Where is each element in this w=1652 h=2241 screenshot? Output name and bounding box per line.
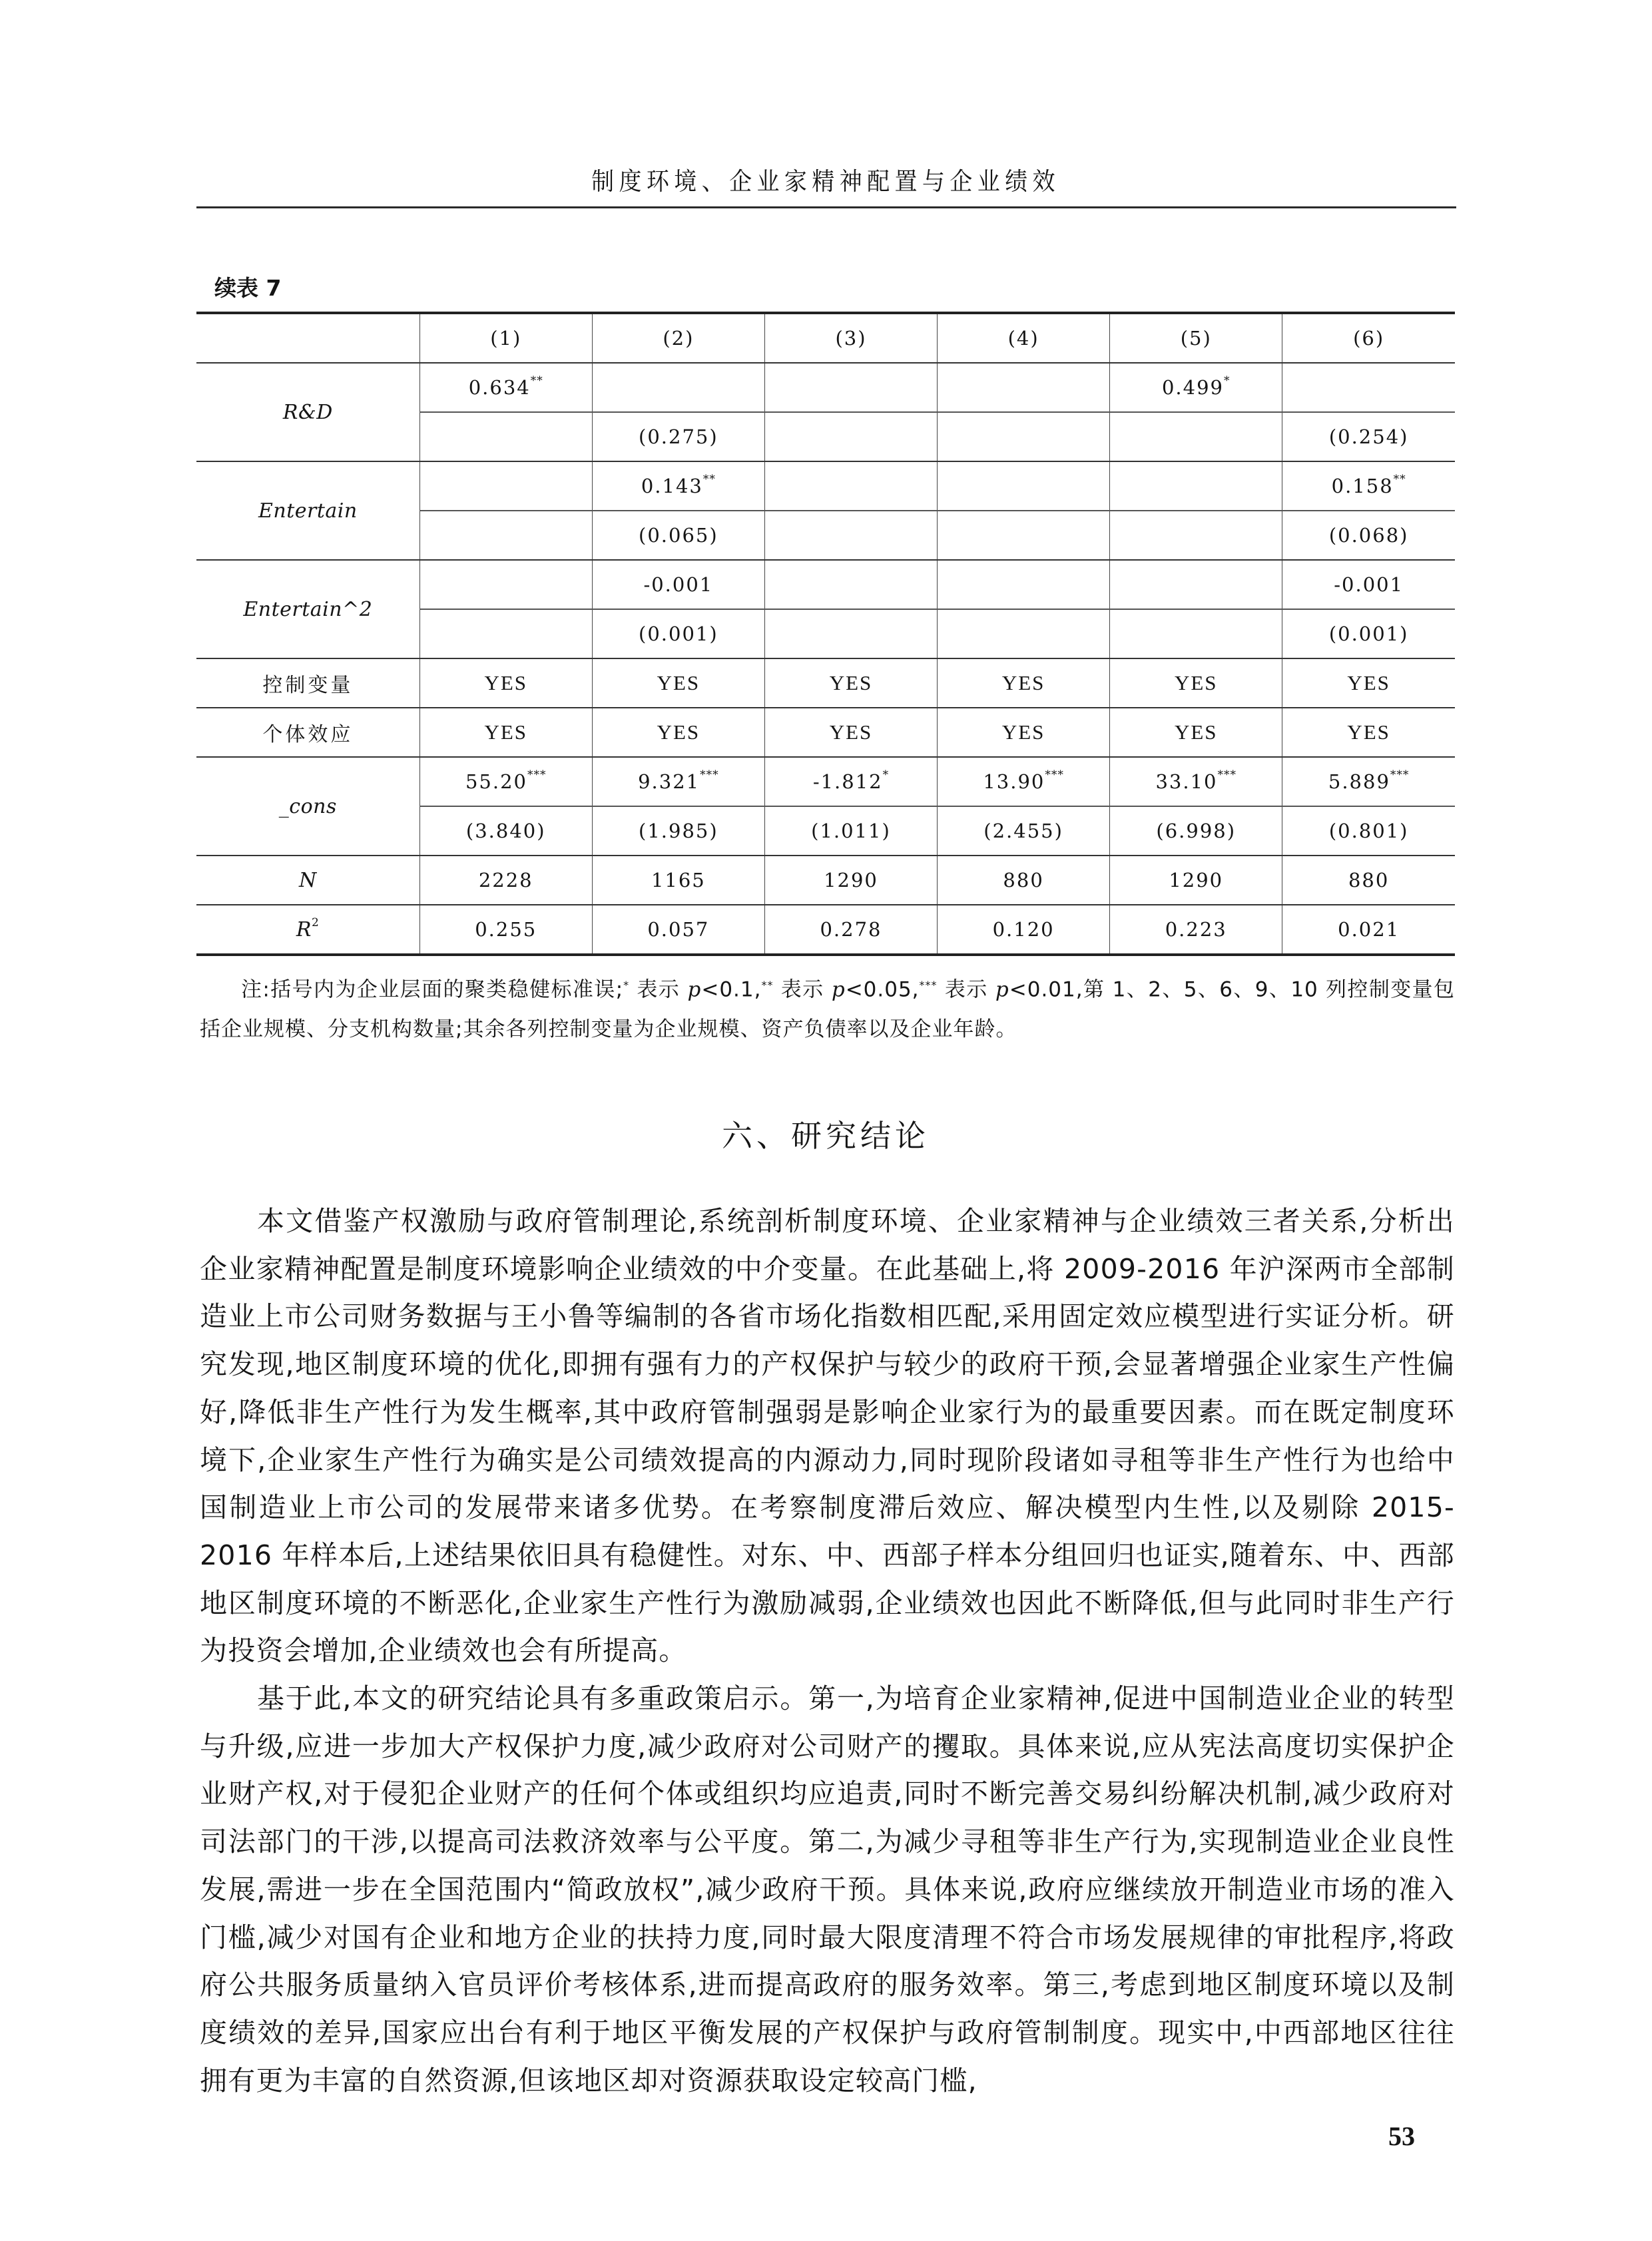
row-label-n: N <box>196 856 419 905</box>
value-cell: 0.120 <box>938 905 1110 955</box>
column-header: (4) <box>938 313 1110 363</box>
coef-cell: 9.321*** <box>592 757 764 806</box>
paragraph: 基于此,本文的研究结论具有多重政策启示。第一,为培育企业家精神,促进中国制造业企… <box>200 1675 1455 2105</box>
row-label-cons: _cons <box>196 757 419 856</box>
value-cell: YES <box>938 658 1110 708</box>
row-label-individual-effects: 个体效应 <box>196 708 419 757</box>
se-cell <box>419 511 592 560</box>
section-heading: 六、研究结论 <box>196 1116 1455 1156</box>
table-caption: 续表 7 <box>214 273 281 304</box>
coef-cell <box>1110 461 1282 511</box>
coef-cell: 33.10*** <box>1110 757 1282 806</box>
coef-cell: 0.634** <box>419 363 592 412</box>
table-row-cons-coef: _cons 55.20*** 9.321*** -1.812* 13.90***… <box>196 757 1455 806</box>
value-cell: 1290 <box>1110 856 1282 905</box>
value-cell: YES <box>419 708 592 757</box>
se-cell <box>1110 412 1282 461</box>
se-cell <box>1110 511 1282 560</box>
value-cell: 0.278 <box>764 905 937 955</box>
column-header: (1) <box>419 313 592 363</box>
se-cell: (0.275) <box>592 412 764 461</box>
coef-cell: 0.158** <box>1282 461 1455 511</box>
row-label-r-squared: R2 <box>196 905 419 955</box>
page-number: 53 <box>1388 2120 1415 2152</box>
se-cell: (0.065) <box>592 511 764 560</box>
row-label-rd: R&D <box>196 363 419 461</box>
value-cell: YES <box>1110 708 1282 757</box>
coef-cell <box>419 461 592 511</box>
row-label-entertain-squared: Entertain^2 <box>196 560 419 658</box>
value-cell: 1165 <box>592 856 764 905</box>
se-cell: (3.840) <box>419 806 592 856</box>
body-text: 本文借鉴产权激励与政府管制理论,系统剖析制度环境、企业家精神与企业绩效三者关系,… <box>200 1198 1455 2105</box>
se-cell: (2.455) <box>938 806 1110 856</box>
value-cell: 0.255 <box>419 905 592 955</box>
coef-cell: 0.499* <box>1110 363 1282 412</box>
row-label-entertain: Entertain <box>196 461 419 560</box>
value-cell: 880 <box>1282 856 1455 905</box>
se-cell <box>938 511 1110 560</box>
se-cell: (0.001) <box>1282 609 1455 658</box>
paragraph: 本文借鉴产权激励与政府管制理论,系统剖析制度环境、企业家精神与企业绩效三者关系,… <box>200 1198 1455 1675</box>
coef-cell <box>419 560 592 609</box>
coef-cell <box>1110 560 1282 609</box>
value-cell: YES <box>1110 658 1282 708</box>
table-note: 注:括号内为企业层面的聚类稳健标准误;* 表示 p<0.1,** 表示 p<0.… <box>200 965 1455 1049</box>
value-cell: 0.021 <box>1282 905 1455 955</box>
table-row-rd-coef: R&D 0.634** 0.499* <box>196 363 1455 412</box>
header-corner-cell <box>196 313 419 363</box>
value-cell: YES <box>1282 708 1455 757</box>
se-cell: (0.068) <box>1282 511 1455 560</box>
coef-cell: 13.90*** <box>938 757 1110 806</box>
coef-cell: 55.20*** <box>419 757 592 806</box>
se-cell: (0.801) <box>1282 806 1455 856</box>
se-cell: (1.011) <box>764 806 937 856</box>
column-header: (2) <box>592 313 764 363</box>
value-cell: 880 <box>938 856 1110 905</box>
se-cell: (0.254) <box>1282 412 1455 461</box>
table-row-r-squared: R2 0.255 0.057 0.278 0.120 0.223 0.021 <box>196 905 1455 955</box>
coef-cell <box>764 560 937 609</box>
regression-table: (1) (2) (3) (4) (5) (6) R&D 0.634** 0.49… <box>196 312 1455 956</box>
table-row-controls: 控制变量 YES YES YES YES YES YES <box>196 658 1455 708</box>
value-cell: YES <box>592 708 764 757</box>
coef-cell <box>938 560 1110 609</box>
column-header: (6) <box>1282 313 1455 363</box>
row-label-controls: 控制变量 <box>196 658 419 708</box>
value-cell: 0.057 <box>592 905 764 955</box>
table-row-entertain-sq-coef: Entertain^2 -0.001 -0.001 <box>196 560 1455 609</box>
table-row-individual-effects: 个体效应 YES YES YES YES YES YES <box>196 708 1455 757</box>
coef-cell: -1.812* <box>764 757 937 806</box>
se-cell <box>938 609 1110 658</box>
table-header-row: (1) (2) (3) (4) (5) (6) <box>196 313 1455 363</box>
value-cell: YES <box>938 708 1110 757</box>
value-cell: 0.223 <box>1110 905 1282 955</box>
se-cell <box>764 511 937 560</box>
value-cell: YES <box>592 658 764 708</box>
value-cell: YES <box>1282 658 1455 708</box>
se-cell: (0.001) <box>592 609 764 658</box>
table-row-entertain-coef: Entertain 0.143** 0.158** <box>196 461 1455 511</box>
se-cell <box>419 412 592 461</box>
coef-cell: -0.001 <box>592 560 764 609</box>
value-cell: YES <box>419 658 592 708</box>
se-cell <box>1110 609 1282 658</box>
coef-cell <box>938 461 1110 511</box>
coef-cell <box>764 363 937 412</box>
se-cell <box>764 609 937 658</box>
coef-cell: -0.001 <box>1282 560 1455 609</box>
se-cell: (6.998) <box>1110 806 1282 856</box>
coef-cell <box>1282 363 1455 412</box>
coef-cell: 0.143** <box>592 461 764 511</box>
value-cell: 2228 <box>419 856 592 905</box>
header-rule <box>196 206 1456 208</box>
running-head: 制度环境、企业家精神配置与企业绩效 <box>247 165 1405 198</box>
table-row-n: N 2228 1165 1290 880 1290 880 <box>196 856 1455 905</box>
column-header: (3) <box>764 313 937 363</box>
se-cell <box>419 609 592 658</box>
coef-cell <box>764 461 937 511</box>
value-cell: YES <box>764 658 937 708</box>
se-cell <box>764 412 937 461</box>
se-cell <box>938 412 1110 461</box>
coef-cell <box>938 363 1110 412</box>
value-cell: YES <box>764 708 937 757</box>
column-header: (5) <box>1110 313 1282 363</box>
coef-cell: 5.889*** <box>1282 757 1455 806</box>
se-cell: (1.985) <box>592 806 764 856</box>
value-cell: 1290 <box>764 856 937 905</box>
coef-cell <box>592 363 764 412</box>
